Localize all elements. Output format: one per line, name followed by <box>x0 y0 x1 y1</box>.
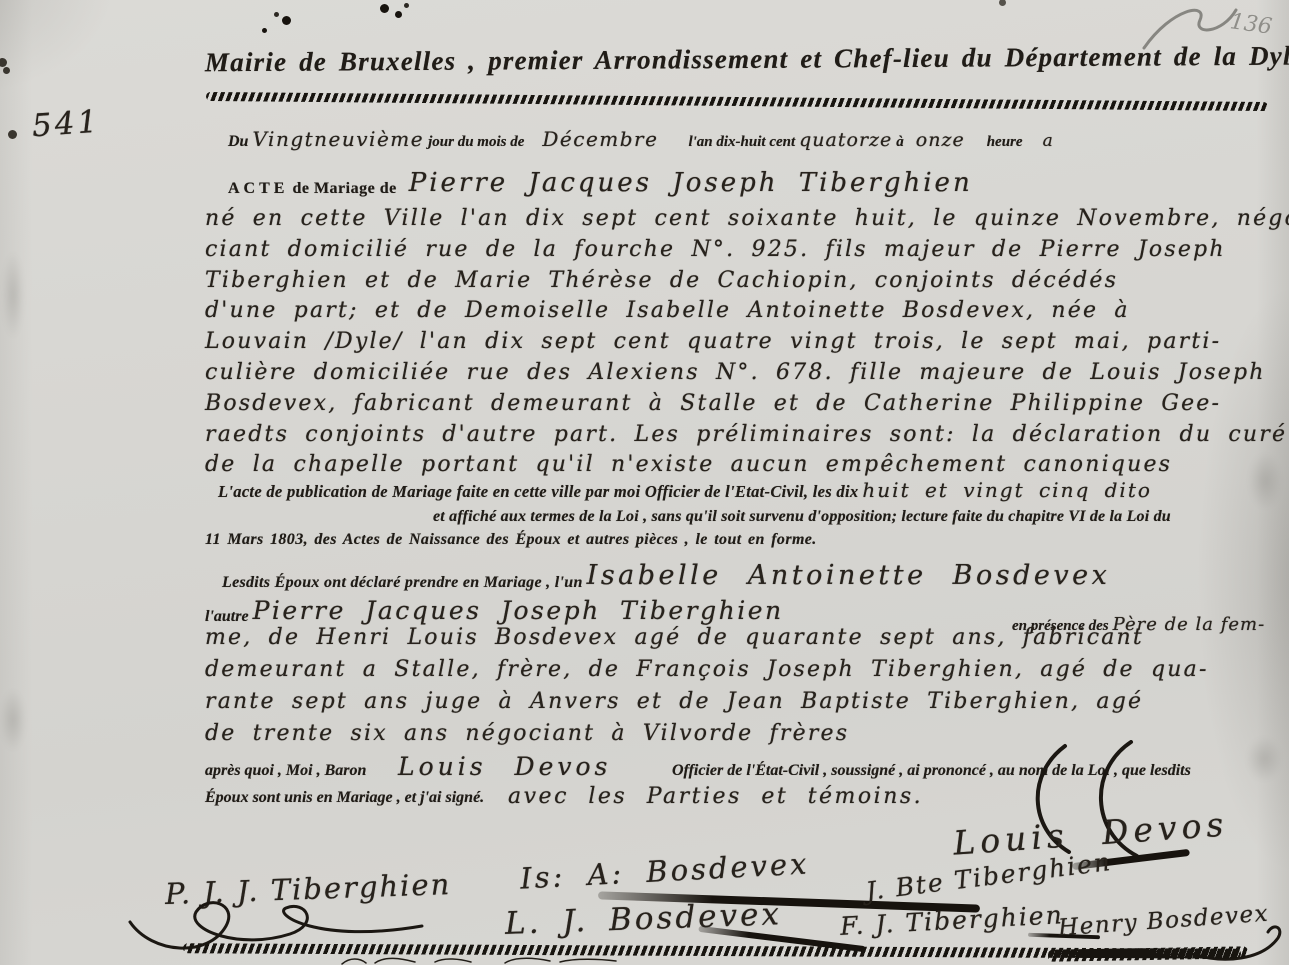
hw-groom-name-2: Pierre Jacques Joseph Tiberghien <box>253 596 784 625</box>
body-line: Louvain /Dyle/ l'an dix sept cent quatre… <box>205 327 1289 358</box>
next-entry-cutoff-strokes <box>200 956 760 965</box>
body-line: Bosdevex, fabricant demeurant à Stalle e… <box>205 389 1289 420</box>
hw-month: Décembre <box>542 127 658 151</box>
printed-jour-du-mois: jour du mois de <box>428 134 524 150</box>
body-line: ciant domicilié rue de la fourche N°. 92… <box>205 235 1289 266</box>
publication-line: L'acte de publication de Mariage faite e… <box>218 478 1152 502</box>
bleed-through-mark <box>0 688 26 752</box>
margin-act-number: 541 <box>31 104 102 145</box>
printed-lesdits: Lesdits Époux ont déclaré prendre en Mar… <box>222 574 583 591</box>
printed-loi-1803-line: 11 Mars 1803, des Actes de Naissance des… <box>205 531 817 549</box>
printed-a: à <box>896 134 904 150</box>
witness-line: demeurant a Stalle, frère, de François J… <box>205 654 1209 686</box>
printed-affiche-line: et affiché aux termes de la Loi , sans q… <box>433 508 1171 526</box>
body-line: culière domiciliée rue des Alexiens N°. … <box>205 358 1289 389</box>
printed-du: Du <box>228 133 248 150</box>
hw-day: Vingtneuvième <box>252 127 424 151</box>
bleed-through-mark <box>1248 452 1282 510</box>
body-line: né en cette Ville l'an dix sept cent soi… <box>205 204 1289 235</box>
hw-publication-dates: huit et vingt cinq dito <box>862 478 1151 502</box>
witness-line: rante sept ans juge à Anvers et de Jean … <box>205 686 1209 718</box>
printed-epoux-unis: Époux sont unis en Mariage , et j'ai sig… <box>205 789 484 807</box>
witnesses-body: me, de Henri Louis Bosdevex agé de quara… <box>205 622 1209 750</box>
hw-groom-name: Pierre Jacques Joseph Tiberghien <box>409 168 973 198</box>
printed-an: l'an dix-huit cent <box>688 134 795 150</box>
scanned-marriage-act-page: 136 Mairie de Bruxelles , premier Arrond… <box>0 0 1289 965</box>
printed-acte-caps: ACTE <box>228 180 288 197</box>
body-line: Tiberghien et de Marie Thérèse de Cachio… <box>205 266 1289 297</box>
witness-line: me, de Henri Louis Bosdevex agé de quara… <box>205 622 1209 654</box>
signature-bride: Is: A: Bosdevex <box>519 846 810 895</box>
page-header-title: Mairie de Bruxelles , premier Arrondisse… <box>205 41 1275 79</box>
declaration-line: Lesdits Époux ont déclaré prendre en Mar… <box>222 563 1110 594</box>
bleed-through-mark <box>2 250 24 340</box>
hw-avec-parties: avec les Parties et témoins. <box>508 784 923 809</box>
hw-hour: onze <box>916 129 965 151</box>
hw-officer-name: Louis Devos <box>398 752 611 781</box>
date-line: Du Vingtneuvième jour du mois de Décembr… <box>228 127 1053 151</box>
bleed-through-mark <box>1246 736 1282 782</box>
printed-apres-quoi: après quoi , Moi , Baron <box>205 762 366 780</box>
header-divider-rope <box>206 92 1268 111</box>
hw-hour-mark: a <box>1043 131 1053 151</box>
printed-heure: heure <box>987 134 1023 150</box>
hw-year: quatorze <box>799 129 892 151</box>
hw-bride-name: Isabelle Antoinette Bosdevex <box>587 560 1111 591</box>
handwritten-body: né en cette Ville l'an dix sept cent soi… <box>205 204 1289 481</box>
ink-speckles <box>262 28 267 33</box>
printed-publication: L'acte de publication de Mariage faite e… <box>218 482 858 501</box>
printed-acte-rest: de Mariage de <box>292 180 396 197</box>
body-line: raedts conjoints d'autre part. Les préli… <box>205 420 1289 451</box>
body-line: d'une part; et de Demoiselle Isabelle An… <box>205 296 1289 327</box>
body-line: de la chapelle portant qu'il n'existe au… <box>205 450 1289 481</box>
acte-title-line: ACTE de Mariage de Pierre Jacques Joseph… <box>228 170 973 200</box>
